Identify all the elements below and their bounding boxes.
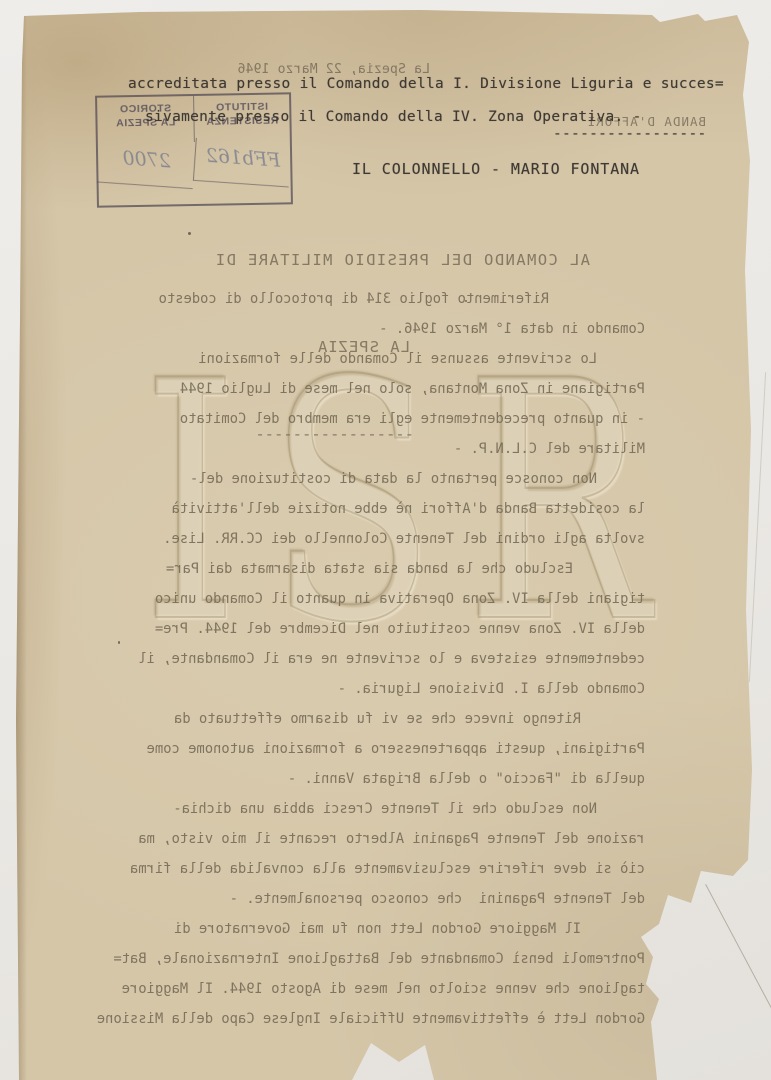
bleedthrough-body-line: Non escludo che il Tenente Cresci abbia …	[85, 794, 645, 824]
bleedthrough-body-line: razione del Tenente Paganini Alberto rec…	[85, 824, 645, 854]
bleedthrough-body-line: quella di "Faccio" o della Brigata Vanni…	[85, 764, 645, 794]
bleedthrough-body-line: cedentemente esisteva e lo scrivente ne …	[85, 644, 645, 674]
bleedthrough-body-line: la cosidetta Banda d'Affori nè ebbe noti…	[85, 494, 645, 524]
typed-dashed-rule: -----------------	[553, 126, 707, 142]
scanner-background: ISR La Spezia, 22 Marzo 1946 accreditata…	[0, 0, 771, 1080]
bleedthrough-address-line1: AL COMANDO DEL PRESIDIO MILITARE DI	[186, 246, 590, 275]
bleedthrough-body-line: Lo scrivente assunse il Comando delle fo…	[85, 344, 645, 374]
paper-left-edge-shadow	[16, 10, 27, 1080]
background-crease	[705, 884, 771, 1065]
bleedthrough-body-line: Il Maggiore Gordon Lett non fu mai Gover…	[85, 914, 645, 944]
bleedthrough-body-line: Partigiani, questi appartenessero a form…	[85, 734, 645, 764]
bleedthrough-body-line: taglione che venne sciolto nel mese di A…	[85, 974, 645, 1004]
bleedthrough-body-line: - in quanto precedentemente egli era mem…	[85, 404, 645, 434]
bleedthrough-body-line: del Tenente Paganini che conosco persona…	[85, 884, 645, 914]
bleedthrough-body-line: Comando della I. Divisione Liguria. -	[85, 674, 645, 704]
typed-signature-line: IL COLONNELLO - MARIO FONTANA	[352, 160, 640, 178]
bleedthrough-body-line: Ritengo invece che se vi fu disarmo effe…	[85, 704, 645, 734]
bleedthrough-body-line: Militare del C.L.N.P. -	[85, 434, 645, 464]
bleedthrough-date-line: La Spezia, 22 Marzo 1946	[198, 62, 430, 77]
bleedthrough-body-line: della IV. Zona venne costituito nel Dice…	[85, 614, 645, 644]
bleedthrough-body: Riferimento foglio 314 di protocollo di …	[85, 284, 645, 1034]
bleedthrough-body-line: Riferimento foglio 314 di protocollo di …	[85, 284, 645, 314]
typed-line-accreditata: accreditata presso il Comando della I. D…	[128, 76, 724, 92]
bleedthrough-body-line: Comando in data 1° Marzo 1946. -	[85, 314, 645, 344]
bleedthrough-body-line: tigiani della IV. Zona Operativa in quan…	[85, 584, 645, 614]
document-page: ISR La Spezia, 22 Marzo 1946 accreditata…	[0, 0, 771, 1080]
typed-line-sivamente: sivamente presso il Comando della IV. Zo…	[145, 109, 642, 125]
bleedthrough-body-line: Non conosce pertanto la data di costituz…	[85, 464, 645, 494]
bleedthrough-body-line: Escludo che la banda sia stata disarmata…	[85, 554, 645, 584]
background-crease	[749, 372, 766, 682]
bleedthrough-body-line: ciò si deve riferire esclusivamente alla…	[85, 854, 645, 884]
bleedthrough-body-line: Partigiane in Zona Montana, solo nel mes…	[85, 374, 645, 404]
bleedthrough-body-line: Pontremoli bensì Comandante del Battagli…	[85, 944, 645, 974]
bleedthrough-body-line: Gordon Lett è effettivamente Ufficiale I…	[85, 1004, 645, 1034]
bleedthrough-body-line: svolta agli ordini del Tenente Colonnell…	[85, 524, 645, 554]
stamp-handwritten-reference: FFb162	[193, 138, 292, 188]
stamp-handwritten-number: 2700	[97, 140, 196, 190]
